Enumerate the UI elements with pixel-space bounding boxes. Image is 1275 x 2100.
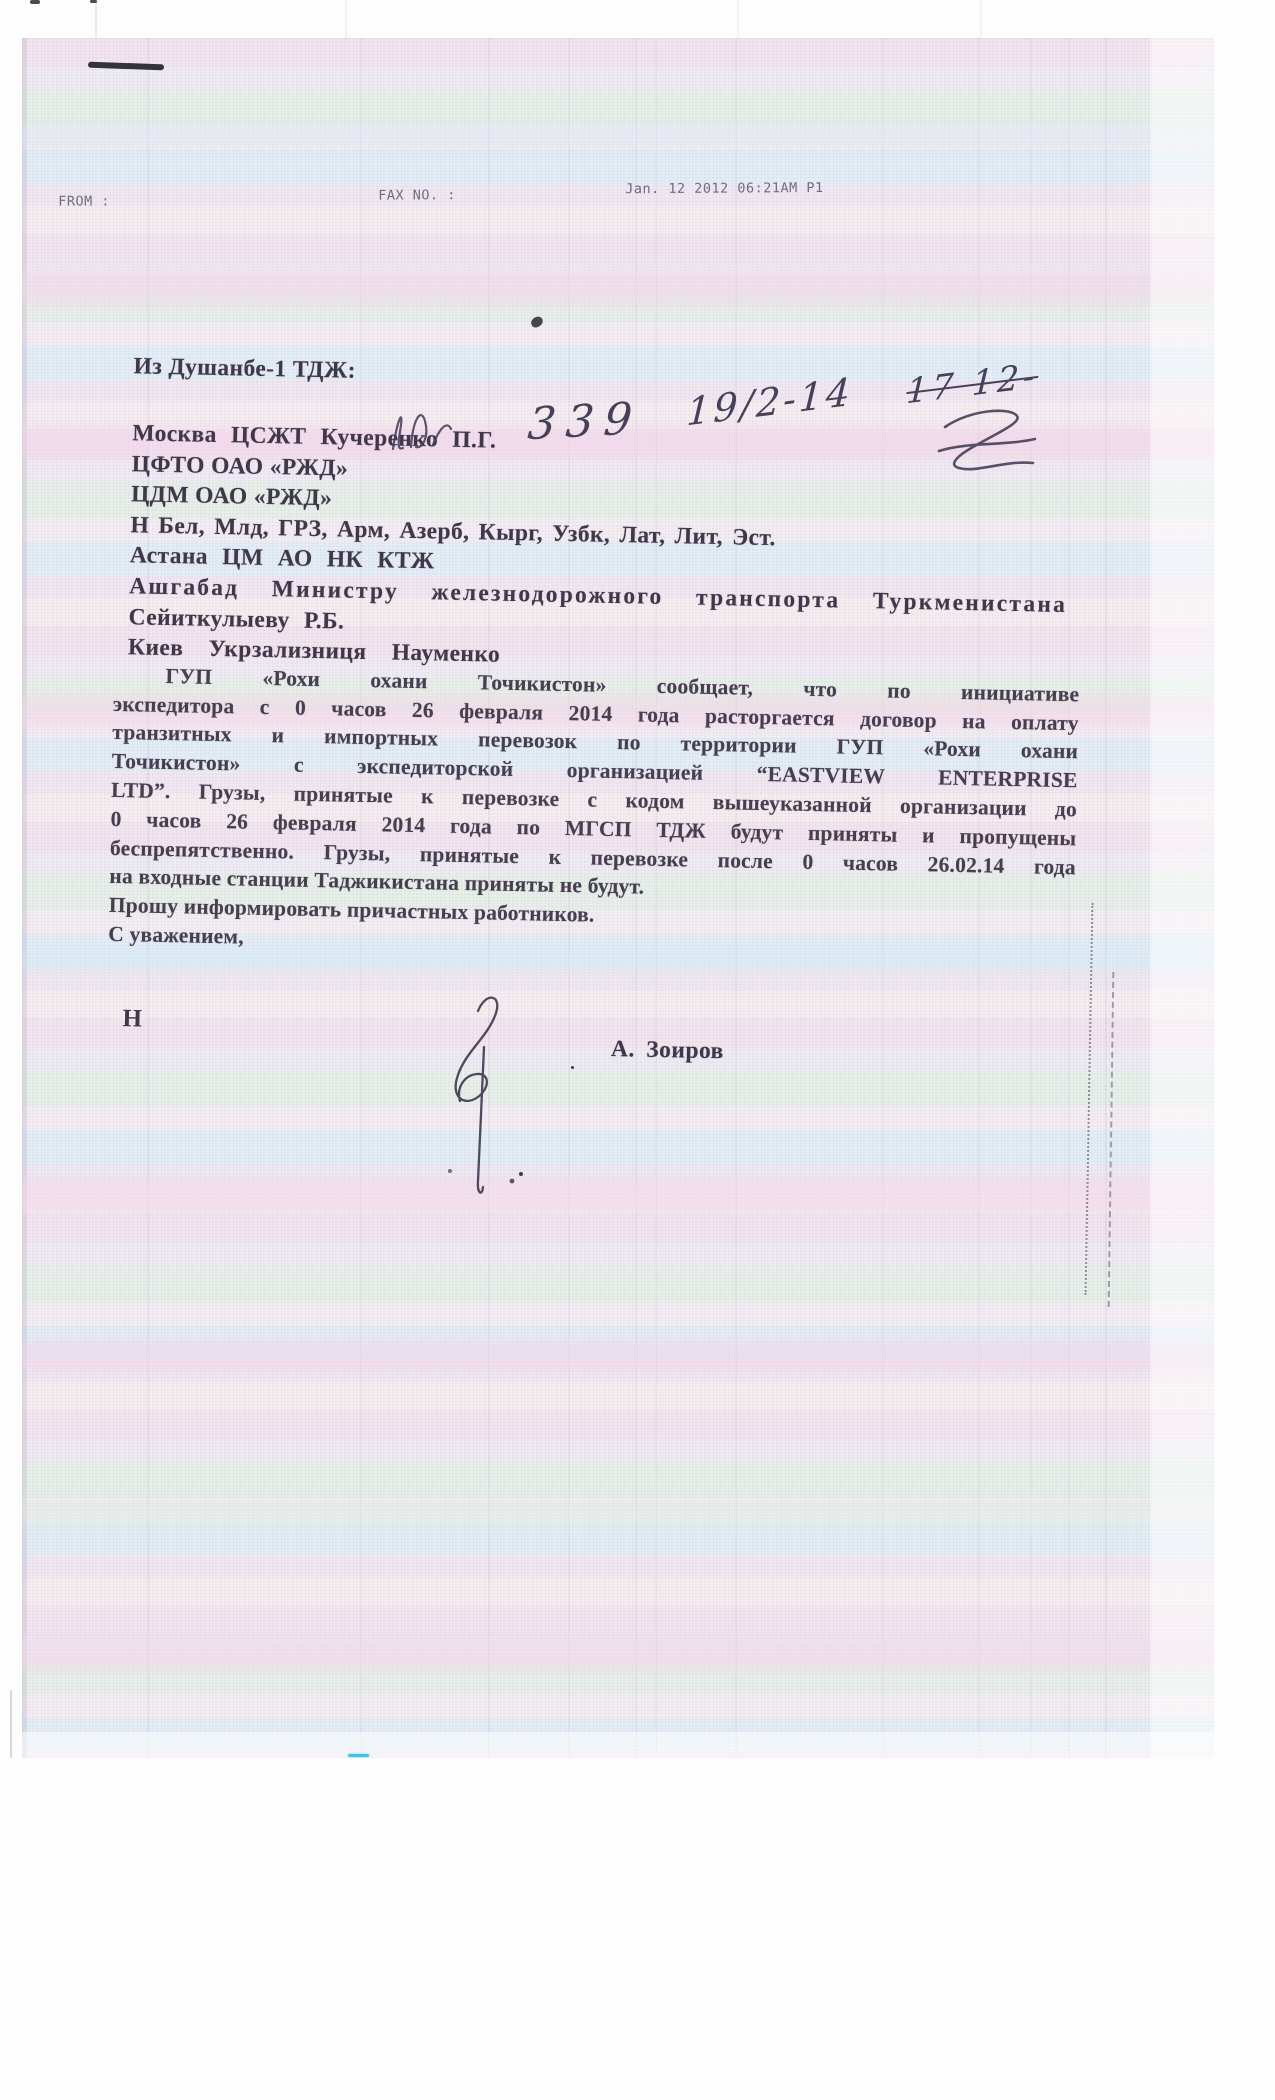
fax-number-label: FAX NO. : [378, 187, 456, 203]
signatory-name: А. Зоиров [611, 1036, 724, 1065]
color-band [22, 1333, 1214, 1377]
fax-timestamp: Jan. 12 2012 06:21AM P1 [625, 180, 824, 197]
scan-streak [10, 1690, 12, 1758]
signature-scribble [420, 985, 530, 1205]
cyan-scan-mark [348, 1754, 369, 1757]
fax-header: FROM : FAX NO. : Jan. 12 2012 06:21AM P1 [0, 0, 1275, 230]
handwritten-number: 339 [526, 393, 644, 450]
color-band [22, 1628, 1214, 1678]
color-band [22, 1488, 1214, 1540]
color-band [22, 263, 1214, 311]
fax-scan-page: FROM : FAX NO. : Jan. 12 2012 06:21AM P1… [0, 0, 1275, 2100]
left-margin-mark: Н [122, 1005, 142, 1033]
color-band [22, 1173, 1214, 1219]
fax-from-label: FROM : [58, 193, 110, 209]
handwritten-flourish [935, 405, 1039, 481]
sheet-bottom-fade [22, 1732, 1214, 1758]
letter-body: ГУП «Рохи охани Точикистон» сообщает, чт… [108, 661, 1080, 968]
handwritten-scribble [385, 403, 463, 461]
ink-dot [571, 1066, 574, 1069]
